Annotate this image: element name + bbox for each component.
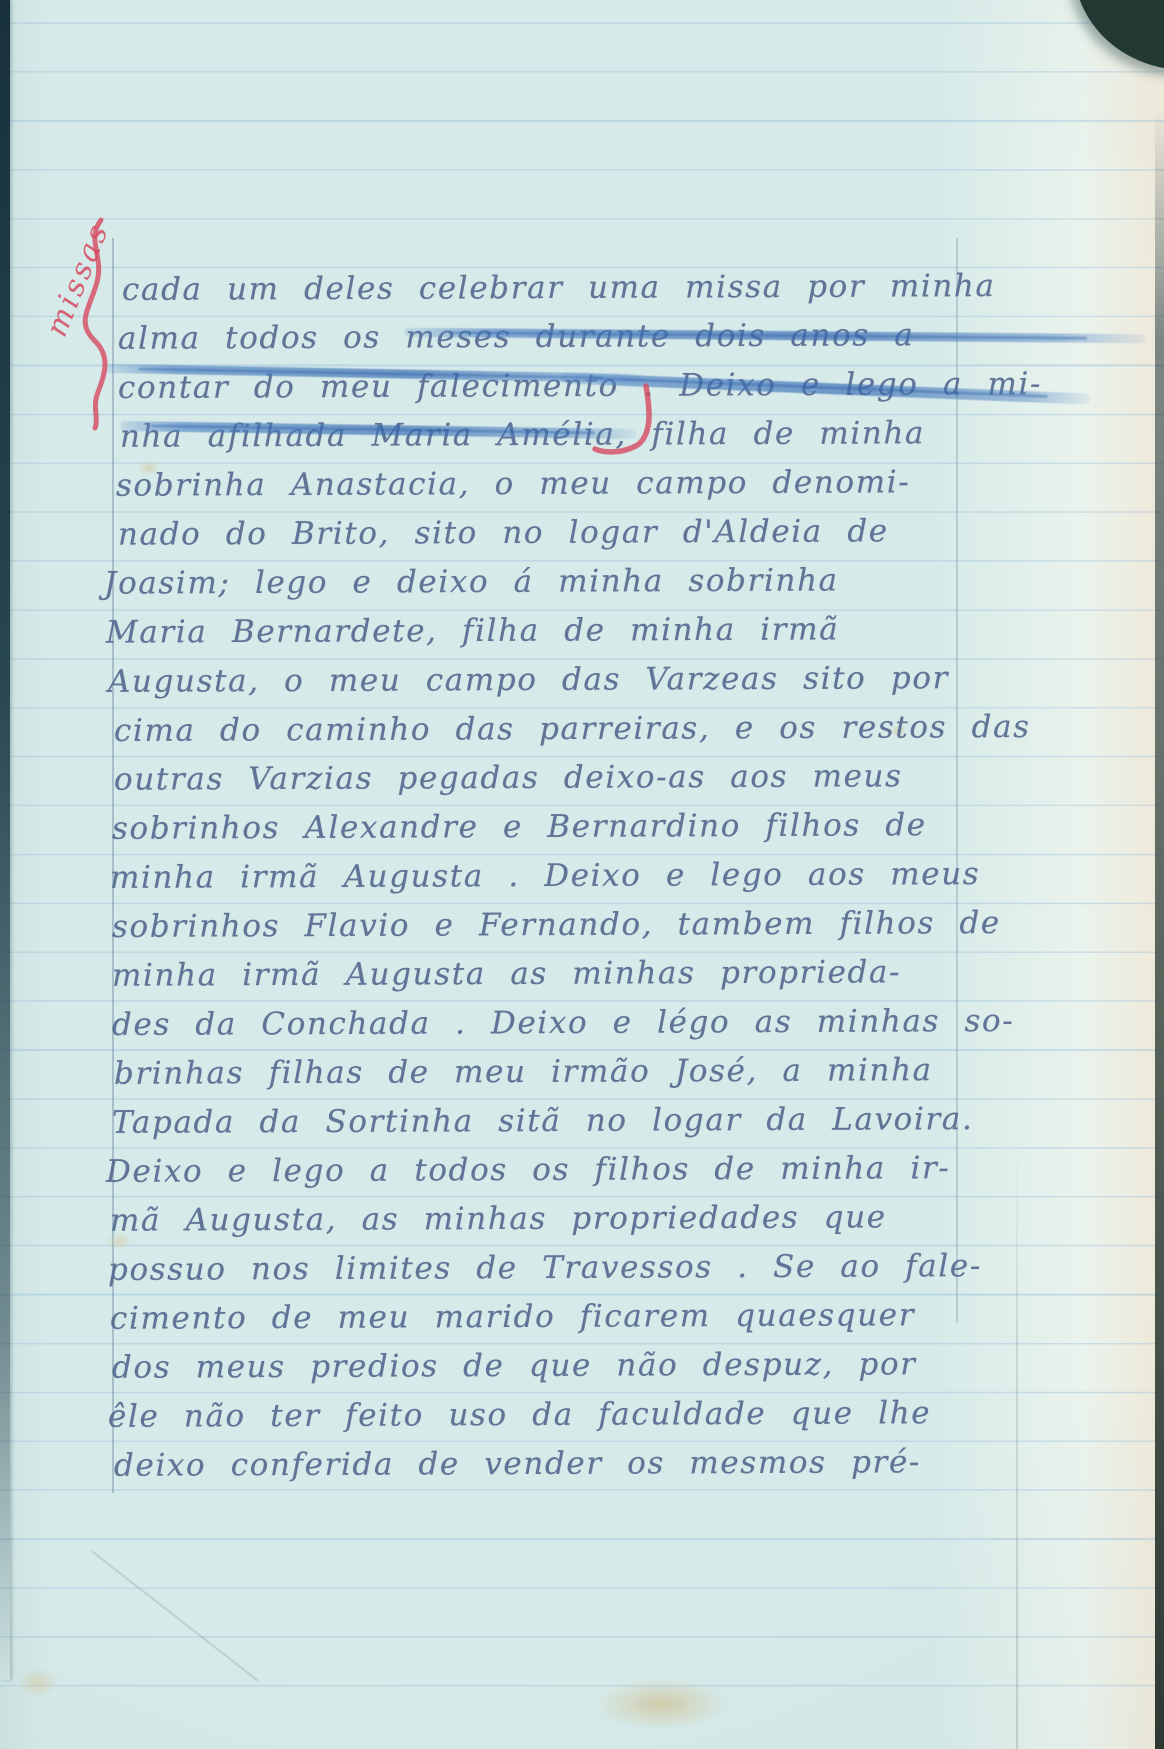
manuscript-line: êle não ter feito uso da faculdade que l… (108, 1387, 931, 1441)
manuscript-line: Joasim; lego e deixo á minha sobrinha (104, 554, 839, 607)
manuscript-line: nado do Brito, sito no logar d'Aldeia de (118, 505, 889, 558)
manuscript-line: Augusta, o meu campo das Varzeas sito po… (108, 652, 949, 706)
manuscript-line: cada um deles celebrar uma missa por min… (122, 260, 996, 314)
manuscript-line: sobrinhos Alexandre e Bernardino filhos … (112, 799, 927, 853)
manuscript-line: possuo nos limites de Travessos . Se ao … (108, 1240, 982, 1294)
manuscript-line: dos meus predios de que não despuz, por (112, 1338, 917, 1392)
manuscript-line: deixo conferida de vender os mesmos pré- (114, 1436, 921, 1490)
manuscript-line: outras Varzias pegadas deixo-as aos meus (114, 750, 903, 803)
manuscript-text: cada um deles celebrar uma missa por min… (0, 0, 1164, 1749)
manuscript-line: Tapada da Sortinha sitã no logar da Lavo… (112, 1093, 974, 1147)
manuscript-line: sobrinha Anastacia, o meu campo denomi- (116, 456, 910, 509)
manuscript-line: cimento de meu marido ficarem quaesquer (110, 1289, 915, 1343)
manuscript-line: sobrinhos Flavio e Fernando, tambem filh… (112, 897, 1001, 951)
manuscript-line: minha irmã Augusta . Deixo e lego aos me… (110, 848, 980, 902)
manuscript-line: cima do caminho das parreiras, e os rest… (114, 701, 1031, 755)
manuscript-line: minha irmã Augusta as minhas proprieda- (112, 946, 901, 999)
manuscript-page: cada um deles celebrar uma missa por min… (0, 0, 1164, 1749)
manuscript-line: brinhas filhas de meu irmão José, a minh… (114, 1044, 933, 1098)
manuscript-line: Maria Bernardete, filha de minha irmã (106, 603, 839, 656)
manuscript-line: des da Conchada . Deixo e légo as minhas… (112, 995, 1015, 1049)
page-stack-edge (1155, 110, 1164, 1749)
binding-edge (0, 0, 10, 1680)
manuscript-line: mã Augusta, as minhas propriedades que (110, 1191, 887, 1244)
manuscript-line: Deixo e lego a todos os filhos de minha … (106, 1142, 951, 1196)
